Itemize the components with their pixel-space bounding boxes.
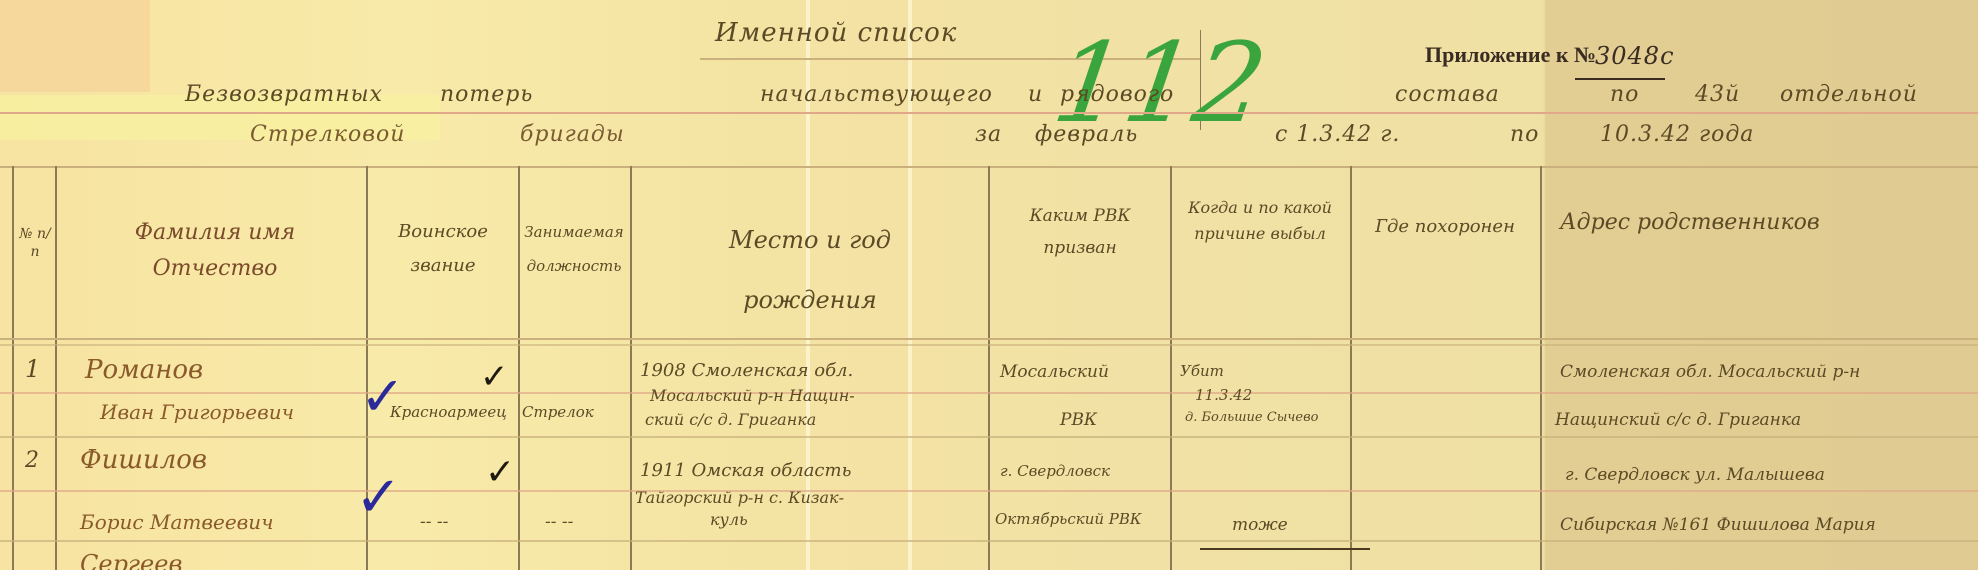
subtitle-word: начальствующего <box>760 82 993 107</box>
subtitle-word: Безвозвратных <box>185 82 383 107</box>
rank: Красноармеец <box>390 403 507 421</box>
surname: Сергеев <box>80 550 182 570</box>
subtitle-word: отдельной <box>1780 82 1918 107</box>
position: -- -- <box>545 512 573 532</box>
header-buried: Где похоронен <box>1352 210 1538 244</box>
surname: Фишилов <box>80 445 207 475</box>
address-line: Смоленская обл. Мосальский р-н <box>1560 362 1860 382</box>
check-mark-icon: ✓ <box>485 455 515 491</box>
ditto-underline <box>1200 548 1370 550</box>
paper-corner <box>0 0 150 92</box>
header-bottom-rule <box>0 344 1978 346</box>
position: Стрелок <box>522 403 594 421</box>
stamp-label: Приложение к № <box>1425 42 1596 68</box>
subtitle-word: Стрелковой <box>250 122 405 147</box>
header-rank: Воинское звание <box>370 215 516 283</box>
birth-line: Мосальский р-н Нащин- <box>650 386 855 405</box>
birth-line: куль <box>710 510 748 529</box>
when-line: 11.3.42 <box>1195 386 1252 404</box>
stamp-underline <box>1575 78 1665 80</box>
subtitle-word: с 1.3.42 г. <box>1275 122 1400 147</box>
check-mark-icon: ✓ <box>480 360 509 394</box>
row-rule <box>0 436 1978 438</box>
drafted-line: г. Свердловск <box>1000 462 1110 480</box>
subtitle-word: состава <box>1395 82 1500 107</box>
given-names: Борис Матвеевич <box>80 510 274 534</box>
header-birth: Место и год рождения <box>660 210 960 330</box>
stamp-number: 3048с <box>1595 42 1675 70</box>
header-drafted: Каким РВК призван <box>992 200 1168 264</box>
header-num: № п/п <box>16 225 54 261</box>
row-number: 1 <box>25 355 40 383</box>
row-rule <box>0 490 1978 492</box>
when-line: Убит <box>1180 362 1224 380</box>
when-line: тоже <box>1232 515 1288 535</box>
subtitle-word: 10.3.42 года <box>1600 122 1754 147</box>
birth-line: 1908 Смоленская обл. <box>640 360 853 381</box>
header-address: Адрес родственников <box>1560 210 1978 236</box>
row-rule <box>0 392 1978 394</box>
given-names: Иван Григорьевич <box>100 400 294 424</box>
header-position: Занимаемая должность <box>520 215 628 283</box>
subtitle-word: за <box>975 122 1002 147</box>
row-rule <box>0 540 1978 542</box>
subtitle-word: 43й <box>1695 82 1740 107</box>
column-rule <box>630 166 632 570</box>
check-mark-blue-icon: ✓ <box>355 470 402 526</box>
subtitle-word: по <box>1510 122 1539 147</box>
address-line: г. Свердловск ул. Малышева <box>1565 465 1825 485</box>
subtitle-word: потерь <box>440 82 533 107</box>
surname: Романов <box>85 355 203 385</box>
address-line: Нащинский с/с д. Григанка <box>1555 410 1801 430</box>
subtitle-word: бригады <box>520 122 625 147</box>
column-rule <box>988 166 990 570</box>
subtitle-word: рядового <box>1060 82 1174 107</box>
subtitle-rule <box>0 112 1978 114</box>
drafted-line: РВК <box>1060 410 1097 430</box>
when-line: д. Большие Сычево <box>1185 410 1318 425</box>
header-name: Фамилия имя Отчество <box>80 215 350 287</box>
header-bottom-rule <box>0 338 1978 340</box>
birth-line: 1911 Омская область <box>640 460 851 481</box>
drafted-line: Октябрьский РВК <box>995 510 1142 528</box>
row-number: 2 <box>25 448 39 473</box>
column-rule <box>55 166 57 570</box>
drafted-line: Мосальский <box>1000 362 1109 382</box>
document-title: Именной список <box>715 18 957 48</box>
header-when: Когда и по какой причине выбыл <box>1172 195 1348 247</box>
subtitle-word: февраль <box>1035 122 1138 147</box>
subtitle-word: по <box>1610 82 1639 107</box>
subtitle-word: и <box>1028 82 1043 107</box>
rank: -- -- <box>420 512 448 532</box>
column-rule <box>12 166 14 570</box>
address-line: Сибирская №161 Фишилова Мария <box>1560 515 1876 535</box>
birth-line: ский с/с д. Григанка <box>645 410 816 429</box>
column-rule <box>1540 166 1542 570</box>
birth-line: Тайгорский р-н с. Кизак- <box>635 488 844 507</box>
